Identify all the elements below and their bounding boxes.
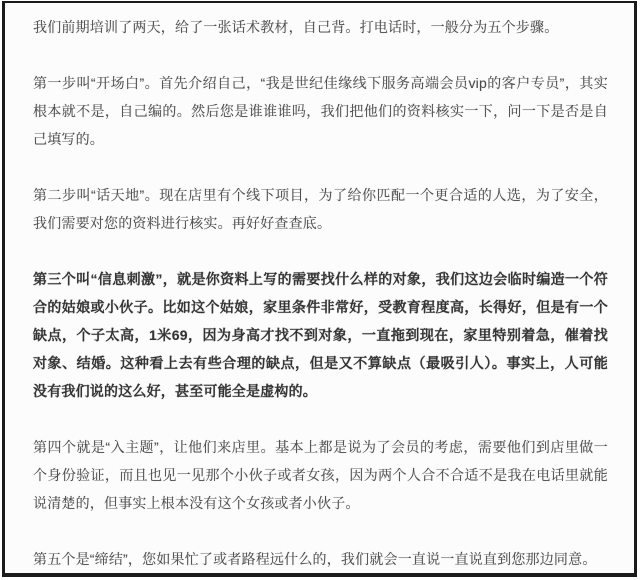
document-content: 我们前期培训了两天，给了一张话术教材，自己背。打电话时，一般分为五个步骤。 第一…: [5, 3, 634, 577]
paragraph-step1-opening: 第一步叫“开场白”。首先介绍自己，“我是世纪佳缘线下服务高端会员vip的客户专员…: [33, 69, 608, 153]
paragraph-step3-stimulus: 第三个叫“信息刺激”，就是你资料上写的需要找什么样的对象，我们这边会临时编造一个…: [33, 265, 608, 405]
paragraph-step4-topic: 第四个就是“入主题”，让他们来店里。基本上都是说为了会员的考虑，需要他们到店里做…: [33, 433, 608, 517]
paragraph-step2-chat: 第二步叫“话天地”。现在店里有个线下项目，为了给你匹配一个更合适的人选，为了安全…: [33, 181, 608, 237]
paragraph-intro: 我们前期培训了两天，给了一张话术教材，自己背。打电话时，一般分为五个步骤。: [33, 13, 608, 41]
document-frame: 我们前期培训了两天，给了一张话术教材，自己背。打电话时，一般分为五个步骤。 第一…: [2, 1, 637, 577]
paragraph-step5-close: 第五个是“缔结”，您如果忙了或者路程远什么的，我们就会一直说一直说直到您那边同意…: [33, 545, 608, 573]
